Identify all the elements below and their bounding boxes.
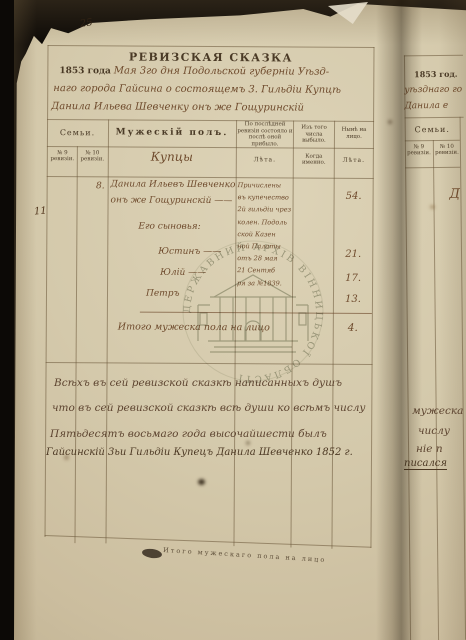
subcol-rev10: № 10 ревизіи.: [78, 150, 107, 163]
subcol-age-right: Лѣта.: [335, 157, 373, 164]
stamp-building-icon: [198, 275, 308, 352]
right-revision-table: 1853 год. уѣзднаго го Данила е Семьи. № …: [404, 55, 466, 640]
header-line2-hand: наго города Гайсина о состоящемъ 3. Гиль…: [53, 83, 371, 96]
col-line-departed-present: [331, 121, 335, 549]
header-year-printed: 1853 года: [59, 66, 111, 76]
row-name-alias: онъ же Гощуринскій ——: [111, 195, 237, 206]
age-value-21: 21.: [334, 249, 372, 260]
subcol-age-left: Лѣта.: [237, 156, 293, 163]
col-header-last-revision: По послѣдней ревизіи состояло и послѣ он…: [237, 121, 293, 147]
row-sons-label: Его сыновья:: [138, 222, 248, 233]
header-line3-hand: Данила Ильева Шевченку онъ же Гощуринскі…: [51, 101, 371, 114]
body-top-line: [47, 176, 374, 179]
family-number: 8.: [83, 181, 105, 191]
r-border-top: [404, 55, 463, 57]
col-header-male: Мужескій полъ.: [108, 127, 236, 138]
subheader-band-line: [47, 146, 374, 149]
age-value-13: 13.: [334, 294, 372, 305]
r-header-hand2: Данила е: [404, 101, 463, 112]
r-header-hand1: уѣзднаго го: [404, 85, 463, 96]
r-attestation-frag-4: писался: [404, 458, 447, 470]
category-kuptsy: Купцы: [108, 149, 236, 164]
col-line-family-male: [105, 119, 109, 543]
col-header-present: Нынѣ на лицо.: [335, 127, 373, 140]
photo-backdrop: 25 РЕВИЗСКАЯ СКАЗКА 1853 года Мая 3го дн…: [0, 0, 466, 640]
r-col-header-family: Семьи.: [405, 125, 460, 135]
margin-number: 11: [34, 206, 47, 218]
annotation-line: колен. Подоль: [237, 216, 291, 229]
ink-blot: [198, 479, 205, 485]
r-attestation-frag-3: ніе п: [416, 443, 443, 455]
paper-spot: [430, 205, 435, 209]
r-attestation-frag-1: мужеска: [412, 405, 463, 417]
r-year-printed: 1853 год.: [414, 69, 463, 80]
subcol-rev9: № 9 ревизіи.: [48, 150, 77, 163]
row-name-head: Данила Ильевъ Шевченко: [111, 179, 237, 190]
attestation-line-2: что въ сей ревизской сказкѣ всѣ души ко …: [52, 402, 416, 414]
col-line-rev9-rev10: [74, 146, 77, 543]
header-line1-hand: Мая 3го дня Подольской губерніи Уѣзд-: [114, 65, 329, 77]
r-subcol-rev9: № 9 ревизіи.: [406, 144, 432, 157]
paper-spot: [388, 120, 392, 124]
age-value-17: 17.: [334, 273, 372, 284]
attestation-line-4: Гайсинскій 3ьи Гильдіи Купецъ Данила Шев…: [46, 447, 416, 458]
page-number: 25: [79, 17, 93, 30]
age-value-54: 54.: [335, 191, 373, 202]
r-subcol-line: [433, 140, 439, 640]
annotation-line: 2й гильдіи чрез: [237, 204, 291, 217]
header-band-line: [47, 119, 374, 122]
r-hand-letter: Д: [449, 187, 460, 202]
r-attestation-frag-2: числу: [418, 425, 450, 437]
revision-title: РЕВИЗСКАЯ СКАЗКА: [47, 50, 374, 65]
col-header-family: Семьи.: [47, 128, 108, 137]
total-value: 4.: [334, 322, 372, 334]
r-band-line1: [405, 117, 464, 119]
annotation-line: въ купечество: [238, 191, 292, 204]
col-header-departed: Изъ того числа выбыло.: [294, 125, 334, 145]
paper-spot: [246, 441, 250, 445]
paper-spot: [64, 455, 69, 460]
annotation-line: Причислены: [238, 179, 292, 192]
attestation-line-3: Пятьдесятъ восьмаго года высочайшести бы…: [50, 428, 416, 440]
archive-stamp: ДЕРЖАВНИЙ АРХІВ ВІННИЦЬКОЇ ОБЛАСТІ: [178, 233, 328, 383]
r-subcol-rev10: № 10 ревизіи.: [434, 144, 460, 157]
subcol-when: Когда именно.: [294, 154, 334, 167]
